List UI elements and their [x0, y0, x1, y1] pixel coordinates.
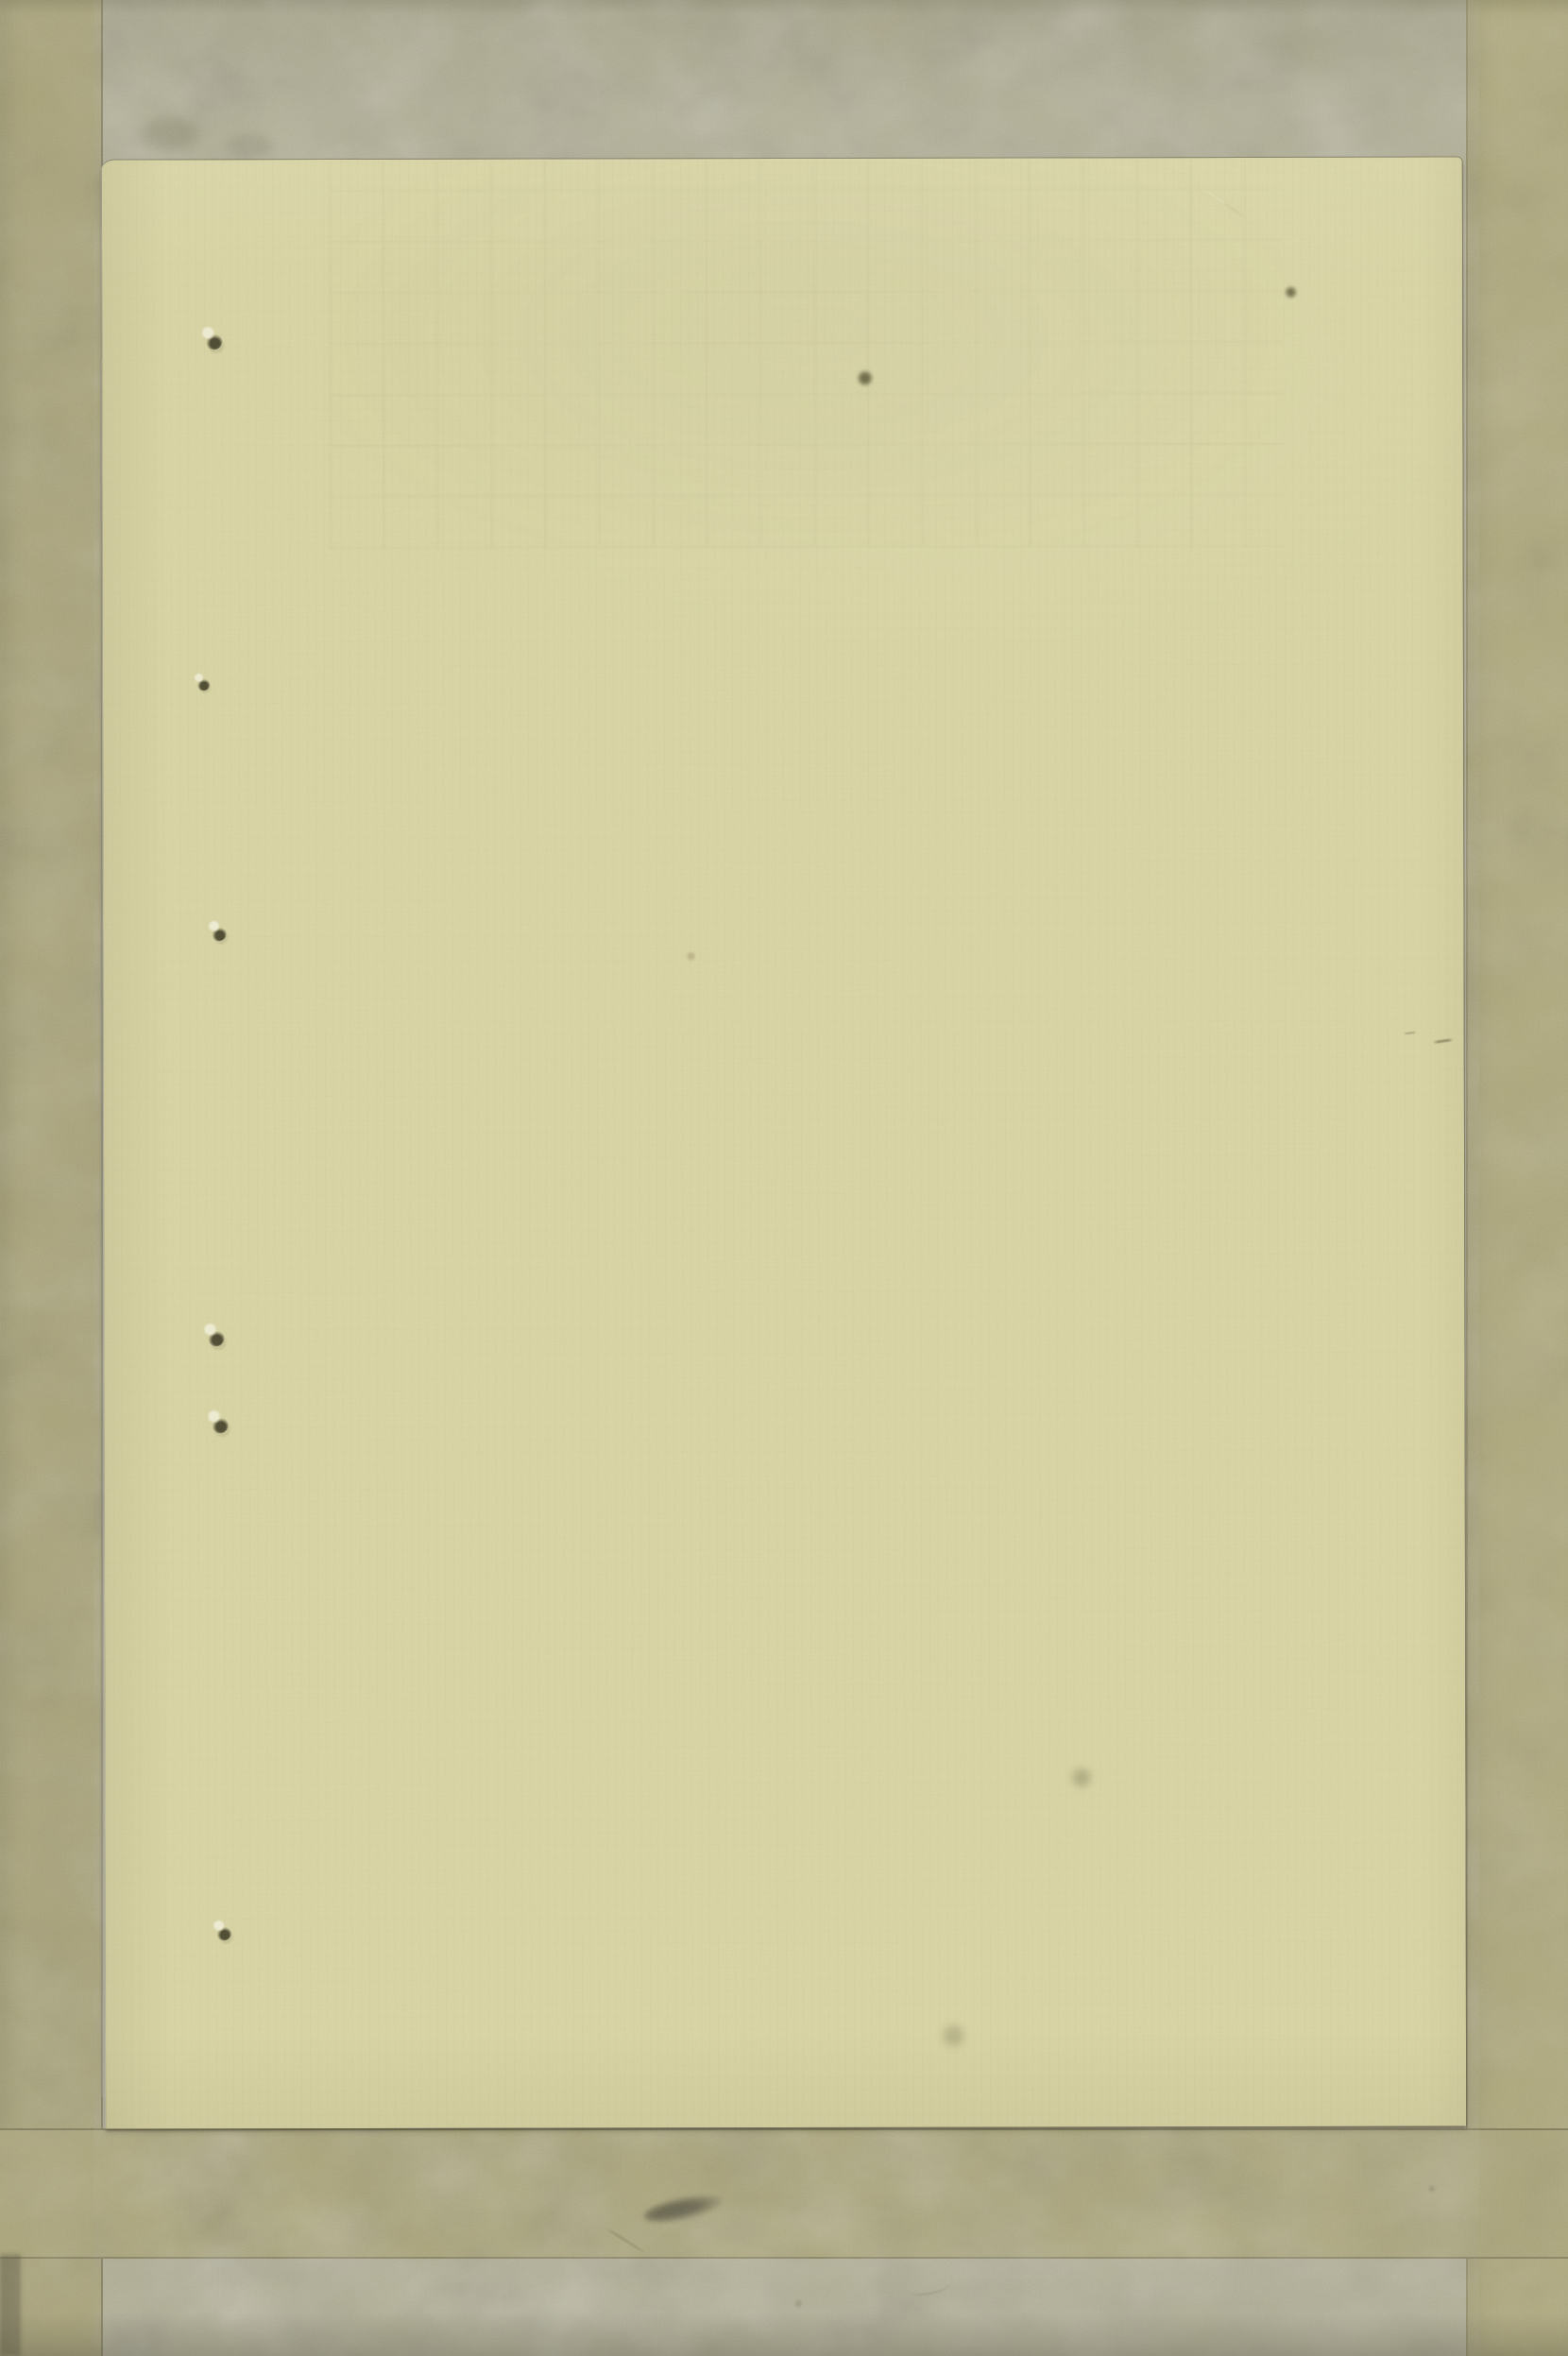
bottom-edge-vignette: [0, 2313, 1568, 2356]
blot-mark: [1285, 285, 1297, 298]
smear-mark: [641, 2190, 724, 2228]
mount-strip-left: [0, 0, 103, 2356]
smudge-mark: [940, 2023, 965, 2048]
top-edge-vignette: [0, 0, 1568, 15]
paper-showthrough-pattern: [329, 160, 1284, 549]
speck-mark: [687, 951, 696, 961]
pinhole-mark: [212, 1417, 228, 1433]
backing-top-shade: [94, 0, 1479, 113]
pinhole-mark: [208, 1330, 224, 1346]
blot-mark: [857, 369, 873, 385]
speck-mark: [794, 2299, 803, 2308]
pinhole-mark: [196, 678, 209, 691]
squiggle-mark: [906, 2276, 951, 2298]
archival-photo: Archival photograph of a blank cream pap…: [0, 0, 1568, 2356]
pinhole-mark: [212, 927, 226, 941]
mount-strip-right: [1466, 0, 1568, 2356]
pinhole-mark: [206, 333, 222, 350]
smudge-mark: [135, 114, 205, 154]
speck-mark: [1428, 2185, 1436, 2193]
scratch-mark: [1433, 1037, 1454, 1043]
blank-paper-sheet: [102, 157, 1466, 2128]
smudge-mark: [222, 132, 279, 161]
mount-band-bottom: [0, 2128, 1568, 2259]
scratch-mark: [1404, 1032, 1417, 1034]
pinhole-mark: [216, 1926, 230, 1940]
smudge-mark: [1070, 1767, 1092, 1788]
scratch-mark: [604, 2226, 647, 2254]
